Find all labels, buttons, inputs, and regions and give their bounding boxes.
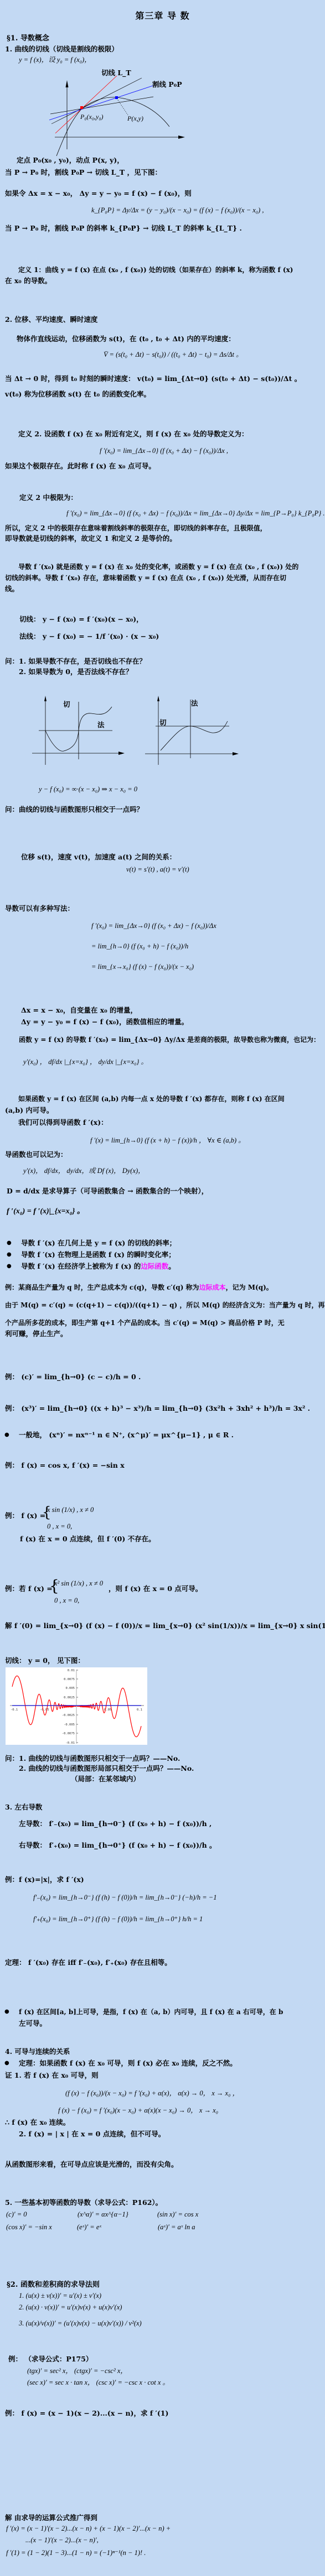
formula-left-derivative: 左导数： f′₋(x₀) = lim_{h→0⁻} (f (x₀ + h) − … (19, 1819, 211, 1828)
line-differentiable: 如果这个极限存在。此时称 f (x) 在 x₀ 点可导。 (5, 462, 156, 471)
marginal-function-term: 边际函数 (141, 1262, 168, 1270)
formula-tangent-line: 切线： y − f (x₀) = f ′(x₀)(x − x₀)， (19, 615, 143, 624)
p-label-leader (117, 98, 128, 115)
tick-neg-0.01: -0.01 (65, 1741, 75, 1745)
line-slope-limit: 当 P → P₀ 时，割线 P₀P 的斜率 k_{P₀P} → 切线 L_T 的… (5, 224, 242, 233)
bullet-power-rule: 一般地， (xⁿ)′ = nxⁿ⁻¹ n ∈ N⁺, (x^μ)′ = μx^{… (19, 1431, 234, 1440)
formula-eval: f ′(x₀) = f ′(x)|_{x=x₀} 。 (7, 1207, 85, 1216)
right-normal-label: 法 (191, 699, 198, 708)
line-operator: D = d/dx 是求导算子（可导函数集合 → 函数集合的一个映射）， (7, 1187, 208, 1196)
line-motion-relation: 位移 s(t)，速度 v(t)，加速度 a(t) 之间的关系： (21, 853, 176, 862)
tangent-label: 切线 L_T (101, 69, 131, 77)
bullet-economics: 导数 f ′(x) 在经济学上被称为 f (x) 的边际函数。 (21, 1262, 176, 1271)
point-p0 (80, 106, 83, 109)
question-1b: 2. 如果导数为 0，是否法线不存在？ (19, 668, 132, 676)
formula-derived-forms: y′(x)， df/dx， dy/dx，或 Df (x)， Dy(x)， (23, 1166, 145, 1175)
basic-r1-c2: (aˣ)′ = aˣ ln a (158, 2223, 195, 2231)
line-points: 定点 P₀(x₀ , y₀)，动点 P(x, y)， (17, 156, 124, 165)
formula-normal-line: 法线： y − f (x₀) = − 1/f ′(x₀) · (x − x₀) (19, 632, 159, 641)
question-1c: 问：曲线的切线与函数图形只相交于一点吗？ (5, 805, 143, 814)
basic-r0-c2: (sin x)′ = cos x (157, 2210, 198, 2219)
solution-x2sin: 解 f ′(0) = lim_{x→0} (f (x) − f (0))/x =… (5, 1621, 325, 1630)
formula-proof-eq1: (f (x) − f (x₀))/(x − x₀) = f ′(x₀) + α(… (65, 2089, 239, 2098)
tick-x-neg-0.1: -0.1 (11, 1708, 18, 1712)
tick-x-neg-0.05: -0.05 (40, 1708, 49, 1712)
line-instant-velocity: 当 Δt → 0 时，得到 t₀ 时刻的瞬时速度： v(t₀) = lim_{Δ… (5, 374, 301, 383)
line-difference-quotient: 函数 y = f (x) 的导数 f ′(x₀) = lim_{Δx→0} Δy… (19, 1035, 320, 1044)
line-meaning-a: 导数 f ′(x₀) 就是函数 y = f (x) 在 x₀ 处的变化率，或函数… (18, 562, 298, 571)
curve (56, 97, 169, 156)
solution-product-l2: ...(x − 1)′(x − 2)...(x − n)′, (25, 2536, 99, 2544)
formula-limit-equivalence: f ′(x₀) = lim_{Δx→0} (f (x₀ + Δx) − f (x… (66, 509, 325, 518)
line-limit: 当 P → P₀ 时，割线 P₀P → 切线 L_T ，见下图： (5, 168, 162, 177)
line-econ-b: 由于 M(q) = c′(q) ≈ (c(q+1) − c(q))/((q+1)… (5, 1301, 325, 1310)
right-curve (161, 721, 228, 750)
line-delta: 如果令 Δx = x − x₀， Δy = y − y₀ = f (x) − f… (5, 189, 192, 198)
formula-derivative: f ′(x₀) = lim_{Δx→0} (f (x₀ + Δx) − f (x… (100, 446, 228, 455)
line-closed-interval-b: 左可导。 (19, 2019, 47, 2028)
formula-notation-1: f ′(x₀) = lim_{Δx→0} (f (x₀ + Δx) − f (x… (91, 921, 216, 930)
x2sin-case-2: 0 , x = 0, (54, 1596, 79, 1605)
trig-derivatives-1: (tgx)′ = sec² x， (ctgx)′ = −csc² x， (27, 2366, 127, 2375)
subsection-one-sided: 3. 左右导数 (5, 1803, 42, 1812)
bullet-closed-interval: f (x) 在区间[a, b]上可导，是指，f (x) 在（a, b）内可导，且… (19, 2007, 283, 2016)
example-product: 例： f (x) = (x − 1)(x − 2)...(x − n)，求 f … (5, 2409, 168, 2418)
formula-secant-slope: k_{P₀P} = Δy/Δx = (y − y₀)/(x − x₀) = (f… (91, 206, 264, 215)
p-label: P(x,y) (127, 114, 143, 123)
formula-abs-left: f′₋(x₀) = lim_{h→0⁻} (f (h) − f (0))/h =… (33, 1893, 216, 1902)
example-x2sin-label: 例：若 f (x) = (5, 1584, 53, 1593)
formula-notation-2: = lim_{h→0} (f (x₀ + h) − f (x₀))/h (91, 942, 188, 951)
basic-r0-c1: (x^α)′ = αx^{α−1} (78, 2210, 128, 2219)
basic-r1-c0: (cos x)′ = −sin x (6, 2223, 52, 2231)
left-normal-label: 法 (97, 721, 105, 729)
line-econ-a: 例：某商品生产量为 q 时，生产总成本为 c(q)，导数 c′(q) 称为边际成… (5, 1283, 273, 1292)
definition-1-b: 在 x₀ 的导数。 (5, 277, 51, 285)
formula-notation-forms: y′(x₀) ， df/dx |_{x=x₀} ， dy/dx |_{x=x₀}… (23, 1057, 148, 1066)
line-derived-c: 我们可以得到导函数 f ′(x)： (18, 1118, 108, 1127)
x2sin-plot-svg: 0.01 0.0075 0.005 0.0025 -0.0025 -0.005 … (6, 1667, 147, 1745)
tick-x-0.1: 0.1 (137, 1708, 142, 1712)
basic-r1-c1: (eˣ)′ = eˣ (77, 2223, 101, 2231)
example-xsin-label: 例： f (x) = (5, 1511, 45, 1520)
tick-neg-0.0025: -0.0025 (62, 1714, 75, 1717)
bullet-physics: 导数 f ′(x) 在物理上是函数 f (x) 的瞬时变化率； (21, 1250, 176, 1259)
subsection-continuity: 4. 可导与连续的关系 (5, 2047, 70, 2056)
question-2b: 2. 曲线的切线与函数图形局部只相交于一点吗？——No. (19, 1764, 194, 1773)
example-cube: 例： (x³)′ = lim_{h→0} ((x + h)³ − x³)/h =… (5, 1404, 310, 1413)
y-axis-arrow-icon (66, 80, 69, 87)
formula-derived: f ′(x) = lim_{h→0} (f (x + h) − f (x))/h… (90, 1136, 245, 1145)
line-smooth: 从函数图形来看，在可导点应该是光滑的，而没有尖角。 (5, 2160, 178, 2169)
right-x-arrow-icon (233, 752, 239, 755)
line-econ-d: 利可赚，停止生产。 (5, 1329, 68, 1338)
question-2a: 问：1. 曲线的切线与函数图形只相交于一点吗？——No. (5, 1754, 180, 1763)
formula-average-velocity: V̄ = (s(t₀ + Δt) − s(t₀)) / ((t₀ + Δt) −… (104, 350, 243, 359)
line-derived-d: 导函数也可以记为： (5, 1150, 68, 1159)
tick-0.01: 0.01 (68, 1669, 75, 1672)
theorem-one-sided: 定理： f ′(x₀) 存在 iff f′₋(x₀), f′₊(x₀) 存在且相… (5, 1958, 172, 1967)
x2sin-case-1: x² sin (1/x) , x ≠ 0 (54, 1579, 103, 1588)
x2sin-curve (12, 1676, 141, 1737)
left-x-arrow-icon (118, 752, 125, 755)
formula-vertical-tangent: y − f (x₀) = ∞·(x − x₀) ⇒ x − x₀ = 0 (39, 785, 137, 794)
tick-neg-0.0075: -0.0075 (62, 1732, 75, 1735)
xsin-case-2: 0 , x = 0, (47, 1522, 72, 1531)
proof-2: 2. f (x) = | x | 在 x = 0 点连续，但不可导。 (19, 2130, 165, 2139)
solution-product-head: 解 由求导的运算公式推广得到 (5, 2514, 97, 2522)
line-notation-intro: 导数可以有多种写法： (5, 904, 74, 913)
line-derived-a: 如果函数 y = f (x) 在区间 (a,b) 内每一点 x 处的导数 f ′… (18, 1094, 285, 1103)
secant-line-lower (50, 97, 153, 114)
line-meaning-b: 切线的斜率。导数 f ′(x₀) 存在，意味着函数 y = f (x) 在点 (… (5, 573, 286, 582)
left-tangent-label: 切 (63, 700, 70, 709)
xsin-case-1: x sin (1/x) , x ≠ 0 (47, 1505, 94, 1514)
point-p (115, 96, 118, 99)
proof-1: 证 1. 若 f (x) 在 x₀ 可导，则 (5, 2071, 99, 2080)
marginal-cost-term: 边际成本 (199, 1284, 226, 1291)
tick-0.0075: 0.0075 (64, 1678, 75, 1681)
line-delta-x: Δx = x − x₀，自变量在 x₀ 的增量， (21, 1006, 137, 1015)
bullet-geometry: 导数 f ′(x) 在几何上是 y = f (x) 的切线的斜率； (21, 1239, 176, 1248)
tick-neg-0.005: -0.005 (64, 1723, 75, 1727)
x-axis-arrow-icon (178, 135, 185, 139)
rule-quotient: 3. (u(x)/v(x))′ = (u′(x)v(x) − u(x)v′(x)… (19, 2319, 142, 2328)
x2sin-plot: 0.01 0.0075 0.005 0.0025 -0.0025 -0.005 … (6, 1667, 147, 1745)
solution-product-l1: f ′(x) = (x − 1)′(x − 2)...(x − n) + (x … (6, 2524, 171, 2533)
formula-abs-right: f′₊(x₀) = lim_{h→0⁺} (f (h) − f (0))/h =… (33, 1915, 203, 1923)
formula-motion: v(t) = s′(t) , a(t) = v′(t) (126, 865, 189, 874)
subsection-basic-derivatives: 5. 一些基本初等函数的导数（求导公式：P162）。 (5, 2198, 162, 2207)
bullet-continuity-theorem: 定理：如果函数 f (x) 在 x₀ 可导，则 f (x) 必在 x₀ 连续，反… (19, 2059, 237, 2068)
left-y-arrow-icon (44, 696, 47, 701)
tick-0.005: 0.005 (65, 1687, 75, 1690)
right-tangent-label: 切 (159, 718, 167, 727)
secant-label: 割线 P₀P (152, 80, 182, 89)
line-rate: v(t₀) 称为位移函数 s(t) 在 t₀ 的函数变化率。 (5, 390, 151, 399)
rule-sum: 1. (u(x) ± v(x))′ = u′(x) ± v′(x) (19, 2291, 101, 2300)
section-heading-2: §2. 函数和差积商的求导法则 (7, 2281, 100, 2290)
trig-derivatives-2: (sec x)′ = sec x · tan x， (csc x)′ = −cs… (27, 2378, 169, 2387)
x2sin-tail: ，则 f (x) 在 x = 0 点可导。 (109, 1584, 202, 1593)
formula-right-derivative: 右导数： f′₊(x₀) = lim_{h→0⁺} (f (x₀ + h) − … (19, 1841, 216, 1850)
line-motion: 物体作直线运动，位移函数为 s(t)，在 (t₀ , t₀ + Δt) 内的平均… (17, 335, 235, 343)
subsection-velocity: 2. 位移、平均速度、瞬时速度 (5, 315, 97, 324)
question-1a: 问：1. 如果导数不存在，是否切线也不存在？ (5, 657, 146, 666)
rule-product: 2. (u(x) · v(x))′ = u′(x)v(x) + u(x)v′(x… (19, 2303, 122, 2312)
example-abs: 例：f (x)=|x|，求 f ′(x) (5, 1875, 84, 1884)
tangent-normal-graphs (0, 691, 325, 780)
formula-notation-3: = lim_{x→x₀} (f (x) − f (x₀))/(x − x₀) (91, 962, 194, 971)
formula-proof-eq2: f (x) − f (x₀) = f ′(x₀)(x − x₀) + α(x)(… (58, 2106, 218, 2115)
example-constant: 例： (c)′ = lim_{h→0} (c − c)/h = 0 . (5, 1373, 141, 1381)
line-tangent-y0: 切线： y = 0， 见下图： (5, 1656, 85, 1665)
line-limit-intro: 定义 2 中极限为： (19, 493, 78, 502)
right-y-arrow-icon (157, 696, 159, 701)
line-therefore: ∴ f (x) 在 x₀ 连续。 (5, 2118, 70, 2127)
line-meaning-c: 线。 (5, 585, 19, 593)
example-trig-head: 例： （求导公式：P175） (8, 2355, 92, 2364)
line-equivalence-a: 所以，定义 2 中的极限存在意味着割线斜率的极限存在，即切线的斜率存在，且极限值… (5, 524, 267, 533)
line-delta-y: Δy = y − y₀ = f (x) − f (x₀)，函数值相应的增量。 (21, 1018, 188, 1026)
line-equivalence-b: 即导数就是切线的斜率，故定义 1 和定义 2 是等价的。 (5, 534, 177, 543)
basic-r0-c0: (c)′ = 0 (6, 2210, 27, 2219)
xsin-note: f (x) 在 x = 0 点连续，但 f ′(0) 不存在。 (20, 1535, 156, 1543)
line-econ-c: 个产品所多花的成本，即生产第 q+1 个产品的成本。当 c′(q) = M(q)… (5, 1318, 285, 1327)
tick-0.0025: 0.0025 (64, 1696, 75, 1699)
solution-product-l3: f ′(1) = (1 − 2)(1 − 3)...(1 − n) = (−1)… (6, 2548, 146, 2557)
question-2c: （局部：在某邻域内） (71, 1775, 140, 1784)
definition-1-a: 定义 1：曲线 y = f (x) 在点 (x₀ , f (x₀)) 处的切线（… (18, 265, 293, 274)
definition-2: 定义 2. 设函数 f (x) 在 x₀ 附近有定义，则 f (x) 在 x₀ … (18, 430, 248, 439)
line-derived-b: (a,b) 内可导。 (5, 1106, 53, 1115)
p0-label: P₀(x₀,y₀) (80, 112, 104, 121)
example-cos: 例： f (x) = cos x, f ′(x) = −sin x (5, 1461, 125, 1470)
